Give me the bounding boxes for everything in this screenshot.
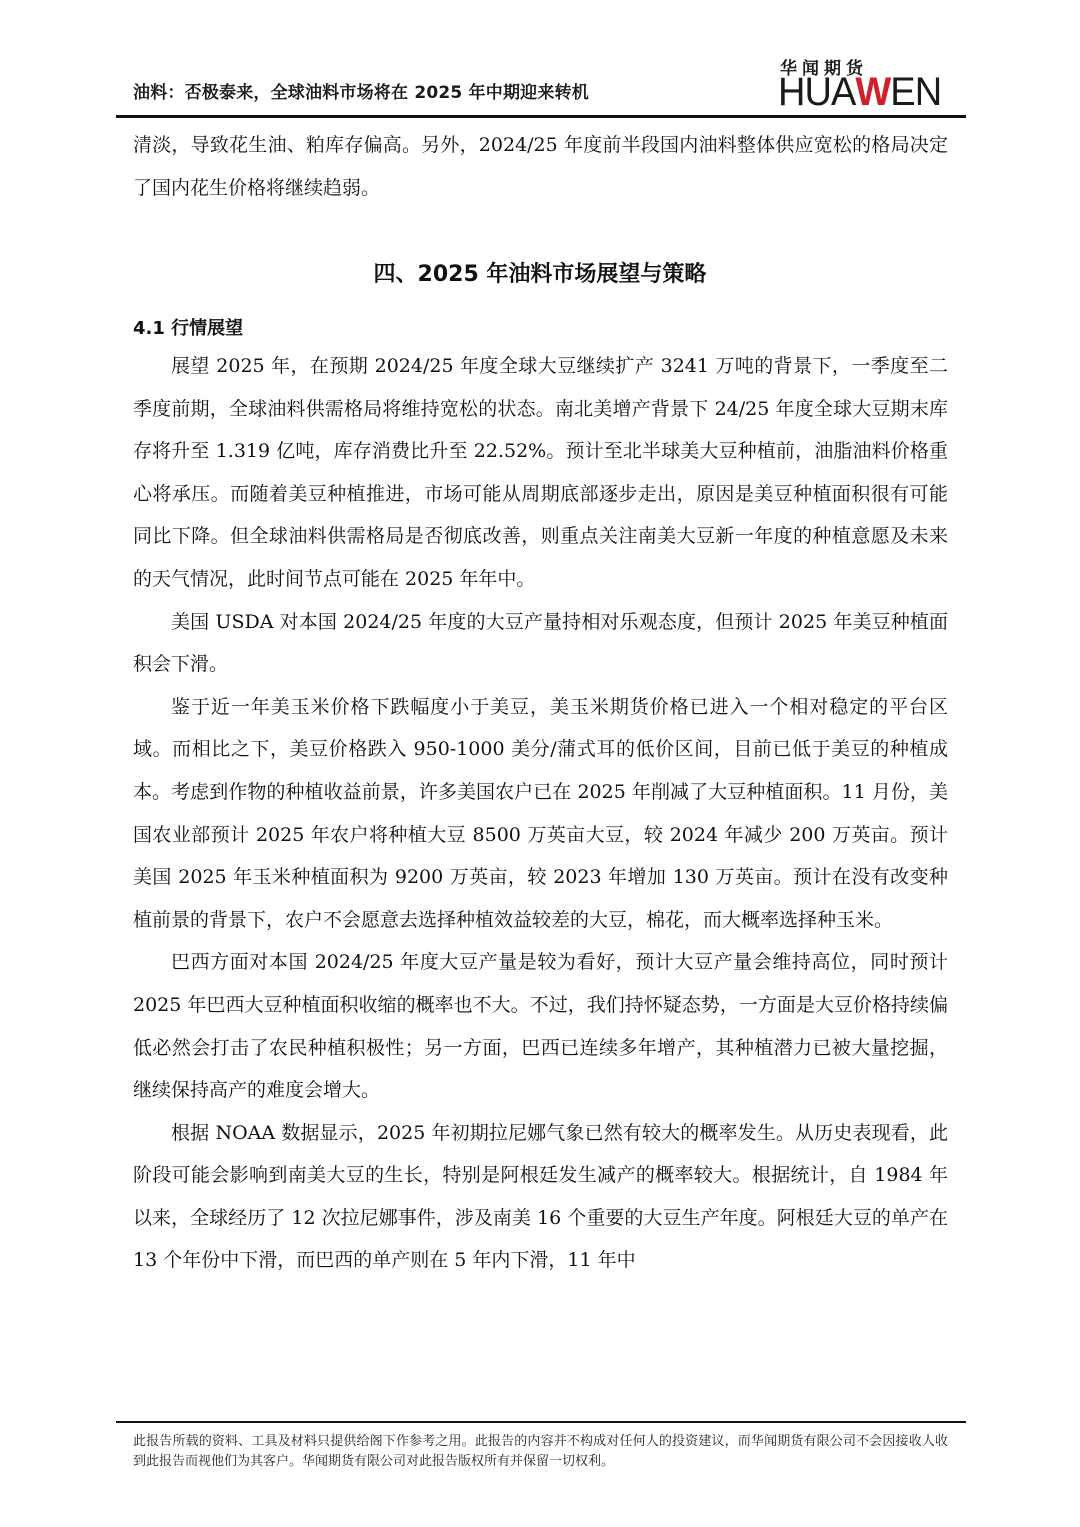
- huawen-logo: 华闻期货 HUAWEN: [778, 54, 950, 110]
- paragraph-usda: 美国 USDA 对本国 2024/25 年度的大豆产量持相对乐观态度，但预计 2…: [133, 601, 948, 686]
- section-title: 四、2025 年油料市场展望与策略: [0, 257, 1080, 288]
- main-body: 展望 2025 年，在预期 2024/25 年度全球大豆继续扩产 3241 万吨…: [133, 345, 948, 1282]
- running-header-title: 油料：否极泰来，全球油料市场将在 2025 年中期迎来转机: [133, 78, 589, 103]
- carryover-paragraph: 清淡，导致花生油、粕库存偏高。另外，2024/25 年度前半段国内油料整体供应宽…: [133, 124, 948, 209]
- logo-en-left: HUA: [778, 70, 855, 114]
- paragraph-outlook: 展望 2025 年，在预期 2024/25 年度全球大豆继续扩产 3241 万吨…: [133, 345, 948, 601]
- logo-en-right: EN: [890, 70, 941, 114]
- logo-w-mark-icon: W: [855, 70, 890, 114]
- footer-disclaimer: 此报告所载的资料、工具及材料只提供给阁下作参考之用。此报告的内容并不构成对任何人…: [133, 1432, 948, 1472]
- subsection-title: 4.1 行情展望: [133, 314, 243, 340]
- header-divider: [116, 115, 966, 118]
- footer-divider: [116, 1421, 966, 1423]
- paragraph-us-corn-soy: 鉴于近一年美玉米价格下跌幅度小于美豆，美玉米期货价格已进入一个相对稳定的平台区域…: [133, 686, 948, 942]
- paragraph-la-nina: 根据 NOAA 数据显示，2025 年初期拉尼娜气象已然有较大的概率发生。从历史…: [133, 1112, 948, 1282]
- logo-english-name: HUAWEN: [778, 72, 941, 112]
- carryover-block: 清淡，导致花生油、粕库存偏高。另外，2024/25 年度前半段国内油料整体供应宽…: [133, 124, 948, 209]
- paragraph-brazil: 巴西方面对本国 2024/25 年度大豆产量是较为看好，预计大豆产量会维持高位，…: [133, 941, 948, 1111]
